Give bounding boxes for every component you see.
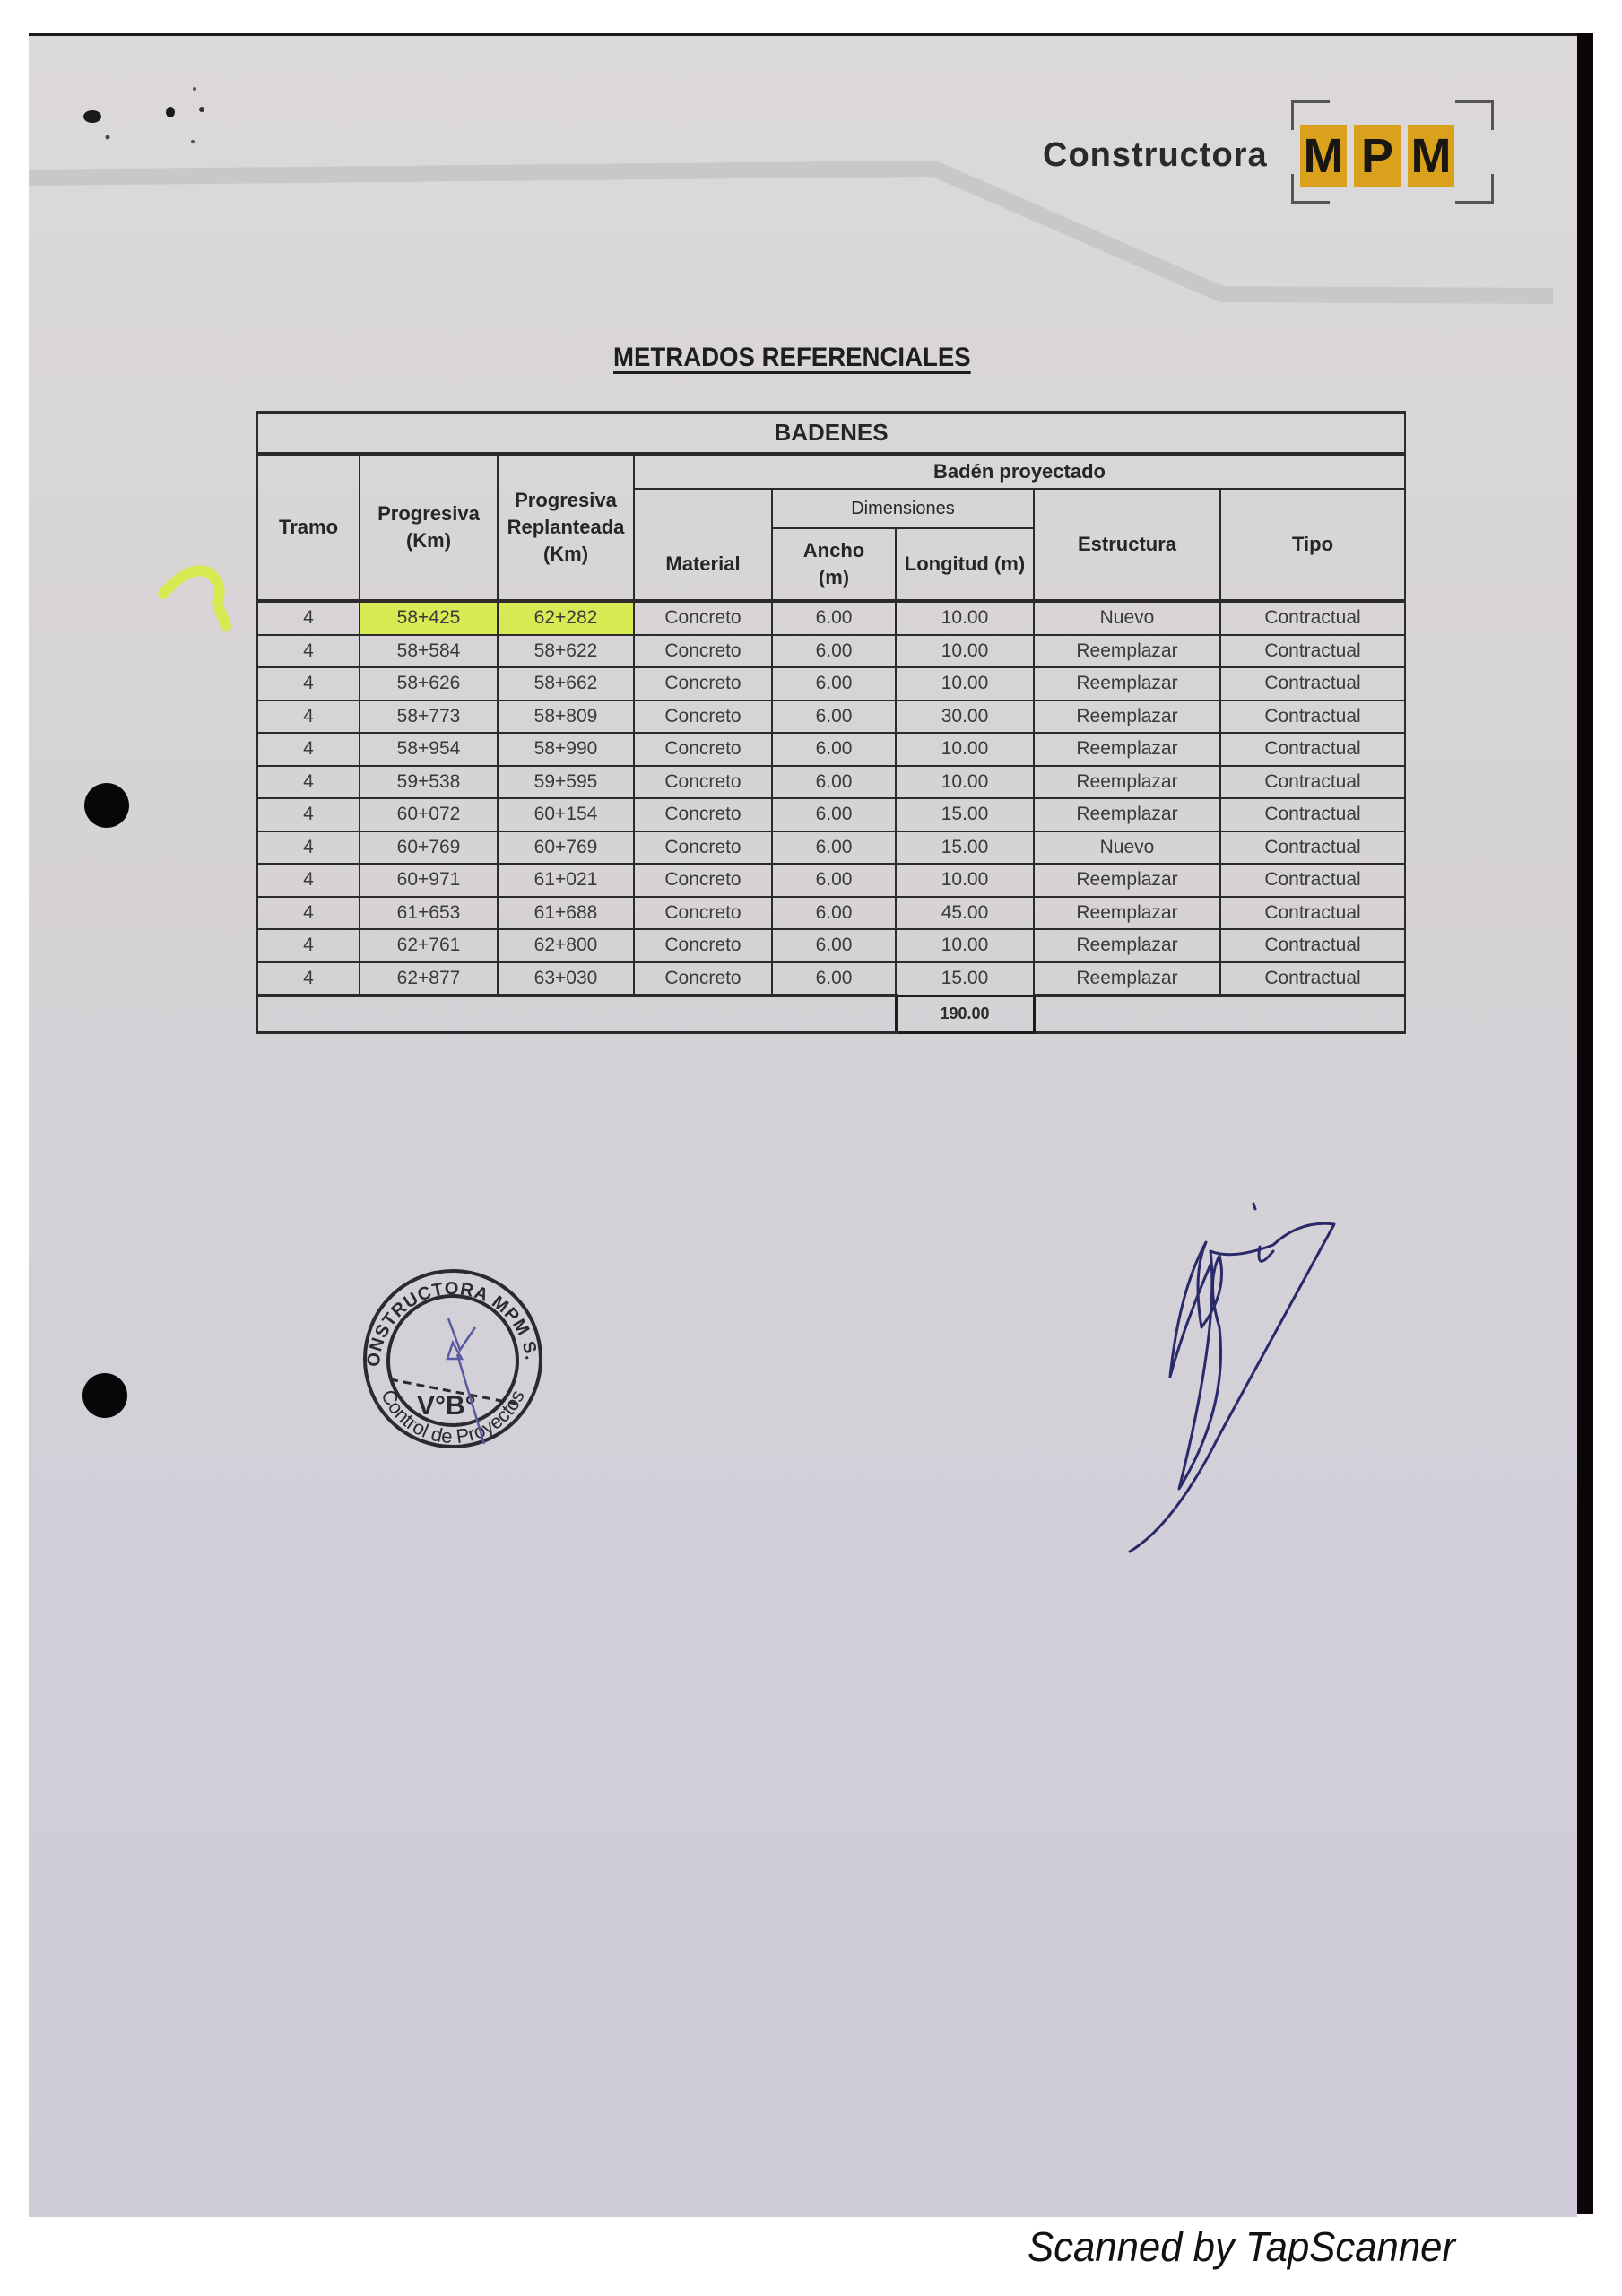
punch-hole-top bbox=[84, 783, 129, 828]
cell-material: Concreto bbox=[634, 798, 772, 831]
cell-longitud: 10.00 bbox=[896, 635, 1034, 668]
column-header-tramo: Tramo bbox=[257, 454, 360, 601]
cell-progresiva: 58+954 bbox=[360, 733, 498, 766]
cell-tramo: 4 bbox=[257, 864, 360, 897]
table-row: 462+87763+030Concreto6.0015.00Reemplazar… bbox=[257, 962, 1405, 996]
cell-material: Concreto bbox=[634, 831, 772, 865]
cell-tipo: Contractual bbox=[1220, 962, 1405, 996]
cell-replanteada: 63+030 bbox=[498, 962, 634, 996]
cell-material: Concreto bbox=[634, 635, 772, 668]
column-header-longitud: Longitud (m) bbox=[896, 528, 1034, 601]
company-logo: Constructora M P M bbox=[1036, 100, 1502, 199]
cell-ancho: 6.00 bbox=[772, 929, 896, 962]
cell-replanteada: 60+154 bbox=[498, 798, 634, 831]
cell-replanteada: 62+282 bbox=[498, 601, 634, 635]
approval-stamp: CONSTRUCTORA MPM S.A. Control de Proyect… bbox=[354, 1260, 551, 1448]
cell-ancho: 6.00 bbox=[772, 601, 896, 635]
cell-replanteada: 61+021 bbox=[498, 864, 634, 897]
cell-ancho: 6.00 bbox=[772, 831, 896, 865]
logo-mpm-blocks: M P M bbox=[1300, 125, 1454, 187]
cell-progresiva: 62+877 bbox=[360, 962, 498, 996]
cell-ancho: 6.00 bbox=[772, 700, 896, 734]
table-row: 460+97161+021Concreto6.0010.00Reemplazar… bbox=[257, 864, 1405, 897]
cell-ancho: 6.00 bbox=[772, 897, 896, 930]
table-row: 458+42562+282Concreto6.0010.00NuevoContr… bbox=[257, 601, 1405, 635]
cell-longitud: 10.00 bbox=[896, 733, 1034, 766]
cell-material: Concreto bbox=[634, 766, 772, 799]
cell-tipo: Contractual bbox=[1220, 929, 1405, 962]
svg-text:CONSTRUCTORA MPM S.A.: CONSTRUCTORA MPM S.A. bbox=[354, 1260, 542, 1368]
logo-letter: M bbox=[1408, 125, 1454, 187]
cell-replanteada: 62+800 bbox=[498, 929, 634, 962]
logo-letter: M bbox=[1300, 125, 1347, 187]
document-title: METRADOS REFERENCIALES bbox=[613, 343, 971, 373]
cell-tipo: Contractual bbox=[1220, 733, 1405, 766]
group-header-baden-proyectado: Badén proyectado bbox=[634, 454, 1405, 489]
cell-material: Concreto bbox=[634, 667, 772, 700]
cell-progresiva: 58+773 bbox=[360, 700, 498, 734]
svg-text:V°B°: V°B° bbox=[417, 1391, 476, 1421]
cell-progresiva: 60+769 bbox=[360, 831, 498, 865]
cell-tramo: 4 bbox=[257, 635, 360, 668]
cell-tramo: 4 bbox=[257, 766, 360, 799]
logo-brand-prefix: Constructora bbox=[1043, 136, 1268, 175]
cell-tramo: 4 bbox=[257, 798, 360, 831]
cell-replanteada: 60+769 bbox=[498, 831, 634, 865]
cell-tipo: Contractual bbox=[1220, 667, 1405, 700]
group-header-dimensiones: Dimensiones bbox=[772, 489, 1034, 528]
cell-tipo: Contractual bbox=[1220, 766, 1405, 799]
total-longitud: 190.00 bbox=[896, 996, 1034, 1033]
cell-material: Concreto bbox=[634, 897, 772, 930]
cell-tipo: Contractual bbox=[1220, 635, 1405, 668]
cell-replanteada: 58+662 bbox=[498, 667, 634, 700]
logo-letter: P bbox=[1354, 125, 1401, 187]
cell-tramo: 4 bbox=[257, 700, 360, 734]
column-header-progresiva-replanteada: ProgresivaReplanteada(Km) bbox=[498, 454, 634, 601]
cell-ancho: 6.00 bbox=[772, 667, 896, 700]
table-title: BADENES bbox=[257, 413, 1405, 454]
paper-specks bbox=[76, 85, 220, 148]
column-header-tipo: Tipo bbox=[1220, 489, 1405, 601]
column-header-progresiva: Progresiva(Km) bbox=[360, 454, 498, 601]
cell-material: Concreto bbox=[634, 733, 772, 766]
cell-tipo: Contractual bbox=[1220, 798, 1405, 831]
cell-estructura: Reemplazar bbox=[1034, 897, 1220, 930]
cell-material: Concreto bbox=[634, 962, 772, 996]
cell-progresiva: 62+761 bbox=[360, 929, 498, 962]
cell-estructura: Reemplazar bbox=[1034, 766, 1220, 799]
column-header-estructura: Estructura bbox=[1034, 489, 1220, 601]
cell-ancho: 6.00 bbox=[772, 766, 896, 799]
material-header-spacer bbox=[634, 489, 772, 528]
cell-tramo: 4 bbox=[257, 601, 360, 635]
cell-progresiva: 59+538 bbox=[360, 766, 498, 799]
badenes-table: BADENES Tramo Progresiva(Km) ProgresivaR… bbox=[256, 411, 1406, 1034]
cell-longitud: 10.00 bbox=[896, 601, 1034, 635]
table-row: 458+62658+662Concreto6.0010.00Reemplazar… bbox=[257, 667, 1405, 700]
cell-tipo: Contractual bbox=[1220, 601, 1405, 635]
cell-material: Concreto bbox=[634, 700, 772, 734]
scanner-watermark: Scanned by TapScanner bbox=[1028, 2222, 1455, 2271]
cell-ancho: 6.00 bbox=[772, 733, 896, 766]
table-row: 462+76162+800Concreto6.0010.00Reemplazar… bbox=[257, 929, 1405, 962]
cell-ancho: 6.00 bbox=[772, 864, 896, 897]
cell-longitud: 15.00 bbox=[896, 831, 1034, 865]
cell-replanteada: 61+688 bbox=[498, 897, 634, 930]
page-shadow-edge bbox=[1577, 33, 1593, 2214]
cell-tramo: 4 bbox=[257, 929, 360, 962]
cell-tipo: Contractual bbox=[1220, 831, 1405, 865]
cell-estructura: Reemplazar bbox=[1034, 798, 1220, 831]
cell-estructura: Reemplazar bbox=[1034, 700, 1220, 734]
cell-ancho: 6.00 bbox=[772, 798, 896, 831]
table-row: 461+65361+688Concreto6.0045.00Reemplazar… bbox=[257, 897, 1405, 930]
cell-tramo: 4 bbox=[257, 733, 360, 766]
cell-longitud: 15.00 bbox=[896, 962, 1034, 996]
cell-longitud: 10.00 bbox=[896, 929, 1034, 962]
total-row-spacer bbox=[257, 996, 896, 1033]
cell-longitud: 45.00 bbox=[896, 897, 1034, 930]
cell-material: Concreto bbox=[634, 864, 772, 897]
cell-replanteada: 58+990 bbox=[498, 733, 634, 766]
cell-progresiva: 60+072 bbox=[360, 798, 498, 831]
cell-estructura: Reemplazar bbox=[1034, 667, 1220, 700]
cell-longitud: 10.00 bbox=[896, 864, 1034, 897]
cell-tramo: 4 bbox=[257, 667, 360, 700]
cell-longitud: 10.00 bbox=[896, 667, 1034, 700]
cell-estructura: Reemplazar bbox=[1034, 929, 1220, 962]
cell-replanteada: 59+595 bbox=[498, 766, 634, 799]
table-row: 459+53859+595Concreto6.0010.00Reemplazar… bbox=[257, 766, 1405, 799]
cell-estructura: Reemplazar bbox=[1034, 864, 1220, 897]
cell-tramo: 4 bbox=[257, 831, 360, 865]
cell-longitud: 30.00 bbox=[896, 700, 1034, 734]
punch-hole-bottom bbox=[82, 1373, 127, 1418]
table-row: 458+58458+622Concreto6.0010.00Reemplazar… bbox=[257, 635, 1405, 668]
cell-progresiva: 58+584 bbox=[360, 635, 498, 668]
cell-material: Concreto bbox=[634, 929, 772, 962]
cell-ancho: 6.00 bbox=[772, 962, 896, 996]
cell-replanteada: 58+809 bbox=[498, 700, 634, 734]
cell-tipo: Contractual bbox=[1220, 700, 1405, 734]
total-row-spacer-right bbox=[1034, 996, 1405, 1033]
cell-ancho: 6.00 bbox=[772, 635, 896, 668]
cell-tramo: 4 bbox=[257, 962, 360, 996]
cell-longitud: 15.00 bbox=[896, 798, 1034, 831]
table-row: 460+07260+154Concreto6.0015.00Reemplazar… bbox=[257, 798, 1405, 831]
cell-estructura: Reemplazar bbox=[1034, 962, 1220, 996]
highlighter-question-mark bbox=[152, 556, 242, 637]
cell-replanteada: 58+622 bbox=[498, 635, 634, 668]
cell-progresiva: 58+425 bbox=[360, 601, 498, 635]
cell-tipo: Contractual bbox=[1220, 897, 1405, 930]
cell-progresiva: 61+653 bbox=[360, 897, 498, 930]
cell-estructura: Nuevo bbox=[1034, 831, 1220, 865]
cell-progresiva: 58+626 bbox=[360, 667, 498, 700]
column-header-material: Material bbox=[634, 528, 772, 601]
cell-tramo: 4 bbox=[257, 897, 360, 930]
column-header-ancho: Ancho(m) bbox=[772, 528, 896, 601]
cell-material: Concreto bbox=[634, 601, 772, 635]
cell-estructura: Nuevo bbox=[1034, 601, 1220, 635]
cell-progresiva: 60+971 bbox=[360, 864, 498, 897]
table-row: 458+77358+809Concreto6.0030.00Reemplazar… bbox=[257, 700, 1405, 734]
cell-estructura: Reemplazar bbox=[1034, 733, 1220, 766]
table-row: 460+76960+769Concreto6.0015.00NuevoContr… bbox=[257, 831, 1405, 865]
table-row: 458+95458+990Concreto6.0010.00Reemplazar… bbox=[257, 733, 1405, 766]
cell-estructura: Reemplazar bbox=[1034, 635, 1220, 668]
cell-longitud: 10.00 bbox=[896, 766, 1034, 799]
cell-tipo: Contractual bbox=[1220, 864, 1405, 897]
handwritten-signature bbox=[1094, 1193, 1399, 1570]
